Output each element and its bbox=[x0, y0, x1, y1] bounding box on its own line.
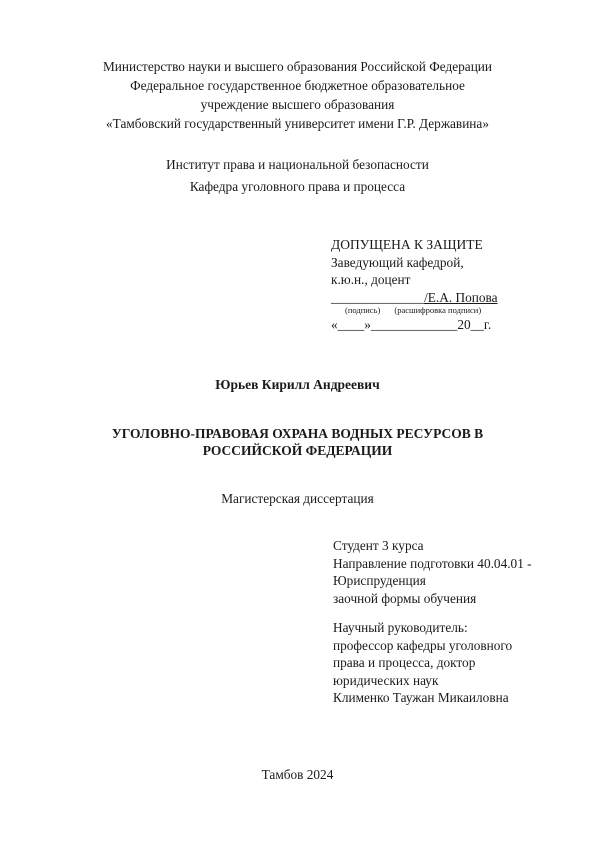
approval-title: ДОПУЩЕНА К ЗАЩИТЕ bbox=[331, 236, 521, 254]
city-year: Тамбов 2024 bbox=[0, 765, 595, 784]
signature-captions: (подпись) (расшифровка подписи) bbox=[331, 305, 521, 316]
student-line: Юриспруденция bbox=[333, 572, 595, 590]
date-line: «____»_____________20__г. bbox=[331, 316, 521, 334]
footer-block: Тамбов 2024 bbox=[0, 765, 595, 784]
institute-block: Институт права и национальной безопаснос… bbox=[0, 154, 595, 198]
ministry-line: Министерство науки и высшего образования… bbox=[0, 57, 595, 76]
thesis-type: Магистерская диссертация bbox=[0, 489, 595, 508]
institution-type-line: Федеральное государственное бюджетное об… bbox=[0, 76, 595, 95]
advisor-line: права и процесса, доктор bbox=[333, 654, 595, 672]
advisor-line: Научный руководитель: bbox=[333, 619, 595, 637]
student-line: заочной формы обучения bbox=[333, 590, 595, 608]
signature-blank: ______________ bbox=[331, 290, 424, 305]
author-name: Юрьев Кирилл Андреевич bbox=[0, 375, 595, 394]
university-name: «Тамбовский государственный университет … bbox=[0, 114, 595, 133]
advisor-line: профессор кафедры уголовного bbox=[333, 637, 595, 655]
caption-signature: (подпись) bbox=[345, 305, 380, 316]
author-block: Юрьев Кирилл Андреевич bbox=[0, 375, 595, 394]
department-name: Кафедра уголовного права и процесса bbox=[0, 176, 595, 198]
thesis-type-block: Магистерская диссертация bbox=[0, 489, 595, 508]
advisor-name: Клименко Таужан Микаиловна bbox=[333, 689, 595, 707]
student-line: Направление подготовки 40.04.01 - bbox=[333, 555, 595, 573]
signer-name: /Е.А. Попова bbox=[424, 290, 497, 305]
title-page: Министерство науки и высшего образования… bbox=[0, 0, 595, 841]
approval-role: Заведующий кафедрой, bbox=[331, 254, 521, 272]
approval-degree: к.ю.н., доцент bbox=[331, 271, 521, 289]
institution-level-line: учреждение высшего образования bbox=[0, 95, 595, 114]
thesis-title-line: РОССИЙСКОЙ ФЕДЕРАЦИИ bbox=[0, 443, 595, 460]
student-block: Студент 3 курса Направление подготовки 4… bbox=[333, 537, 595, 607]
institute-name: Институт права и национальной безопаснос… bbox=[0, 154, 595, 176]
approval-block: ДОПУЩЕНА К ЗАЩИТЕ Заведующий кафедрой, к… bbox=[331, 236, 521, 334]
advisor-block: Научный руководитель: профессор кафедры … bbox=[333, 619, 595, 707]
signature-line: ______________/Е.А. Попова bbox=[331, 289, 521, 307]
caption-decoding: (расшифровка подписи) bbox=[394, 305, 481, 316]
thesis-title-line: УГОЛОВНО-ПРАВОВАЯ ОХРАНА ВОДНЫХ РЕСУРСОВ… bbox=[0, 426, 595, 443]
student-line: Студент 3 курса bbox=[333, 537, 595, 555]
thesis-title: УГОЛОВНО-ПРАВОВАЯ ОХРАНА ВОДНЫХ РЕСУРСОВ… bbox=[0, 426, 595, 459]
ministry-header: Министерство науки и высшего образования… bbox=[0, 57, 595, 133]
advisor-line: юридических наук bbox=[333, 672, 595, 690]
